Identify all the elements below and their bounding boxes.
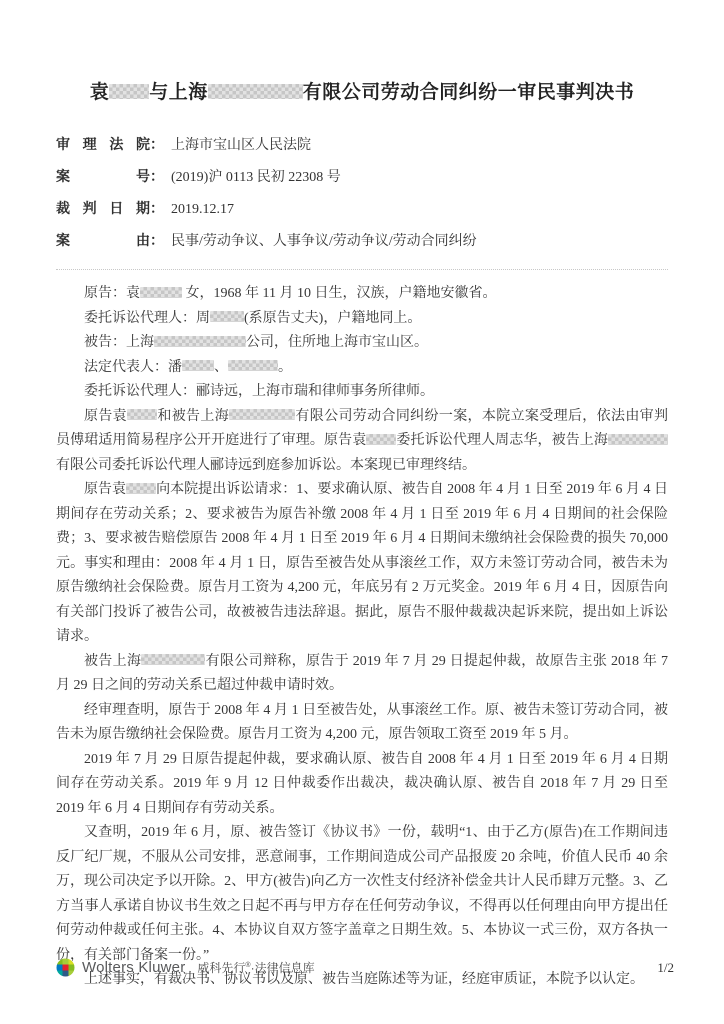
paragraph-11: 又查明，2019 年 6 月，原、被告签订《协议书》一份，载明“1、由于乙方(原… [56, 821, 668, 968]
paragraph-10: 2019 年 7 月 29 日原告提起仲裁，要求确认原、被告自 2008 年 4… [56, 748, 668, 822]
meta-label: 裁判日期 [56, 194, 150, 226]
judgment-document-page: 袁与上海有限公司劳动合同纠纷一审民事判决书 审理法院：上海市宝山区人民法院案号：… [0, 0, 724, 1024]
redacted-text [127, 409, 157, 420]
redacted-text [141, 654, 205, 665]
redacted-text [229, 409, 295, 420]
meta-row: 裁判日期：2019.12.17 [56, 194, 668, 226]
redacted-text [154, 336, 246, 347]
page-indicator: 1/2 [657, 960, 674, 976]
brand-name: Wolters Kluwer [82, 959, 185, 976]
redacted-text [210, 311, 244, 322]
meta-label: 案由 [56, 226, 150, 258]
redacted-text [182, 360, 214, 371]
meta-value: 民事/劳动争议、人事争议/劳动争议/劳动合同纠纷 [171, 234, 477, 249]
meta-label: 案号 [56, 162, 150, 194]
redacted-text [109, 84, 149, 99]
section-divider [56, 269, 668, 270]
redacted-text [208, 84, 303, 99]
paragraph-8: 被告上海有限公司辩称，原告于 2019 年 7 月 29 日提起仲裁，故原告主张… [56, 650, 668, 699]
meta-colon: ： [150, 234, 164, 249]
meta-row: 案号：(2019)沪 0113 民初 22308 号 [56, 162, 668, 194]
case-metadata: 审理法院：上海市宝山区人民法院案号：(2019)沪 0113 民初 22308 … [56, 130, 668, 258]
redacted-text [228, 360, 278, 371]
product-name: 威科先行®·法律信息库 [197, 959, 314, 976]
wolters-kluwer-logo-icon [56, 958, 75, 977]
meta-row: 案由：民事/劳动争议、人事争议/劳动争议/劳动合同纠纷 [56, 226, 668, 258]
meta-value: 上海市宝山区人民法院 [171, 138, 311, 153]
meta-row: 审理法院：上海市宝山区人民法院 [56, 130, 668, 162]
document-body: 原告：袁 女，1968 年 11 月 10 日生，汉族，户籍地安徽省。委托诉讼代… [56, 282, 668, 993]
paragraph-5: 委托诉讼代理人：郦诗远，上海市瑞和律师事务所律师。 [56, 380, 668, 405]
meta-value: 2019.12.17 [171, 202, 234, 217]
paragraph-2: 委托诉讼代理人：周(系原告丈夫)，户籍地同上。 [56, 307, 668, 332]
redacted-text [366, 434, 396, 445]
meta-value: (2019)沪 0113 民初 22308 号 [171, 170, 341, 185]
meta-colon: ： [150, 138, 164, 153]
redacted-text [140, 287, 182, 298]
paragraph-6: 原告袁和被告上海有限公司劳动合同纠纷一案，本院立案受理后，依法由审判员傅珺适用简… [56, 405, 668, 479]
paragraph-9: 经审理查明，原告于 2008 年 4 月 1 日至被告处，从事滚丝工作。原、被告… [56, 699, 668, 748]
paragraph-4: 法定代表人：潘、。 [56, 356, 668, 381]
meta-colon: ： [150, 202, 164, 217]
meta-label: 审理法院 [56, 130, 150, 162]
redacted-text [126, 483, 156, 494]
document-title: 袁与上海有限公司劳动合同纠纷一审民事判决书 [56, 0, 668, 108]
product-name-text: 威科先行 [197, 961, 245, 975]
meta-colon: ： [150, 170, 164, 185]
brand-footer: Wolters Kluwer 威科先行®·法律信息库 [56, 958, 315, 977]
paragraph-7: 原告袁向本院提出诉讼请求：1、要求确认原、被告自 2008 年 4 月 1 日至… [56, 478, 668, 650]
page-footer: Wolters Kluwer 威科先行®·法律信息库 1/2 [56, 958, 674, 977]
product-suffix: ·法律信息库 [251, 961, 315, 975]
paragraph-1: 原告：袁 女，1968 年 11 月 10 日生，汉族，户籍地安徽省。 [56, 282, 668, 307]
paragraph-3: 被告：上海公司，住所地上海市宝山区。 [56, 331, 668, 356]
redacted-text [608, 434, 668, 445]
